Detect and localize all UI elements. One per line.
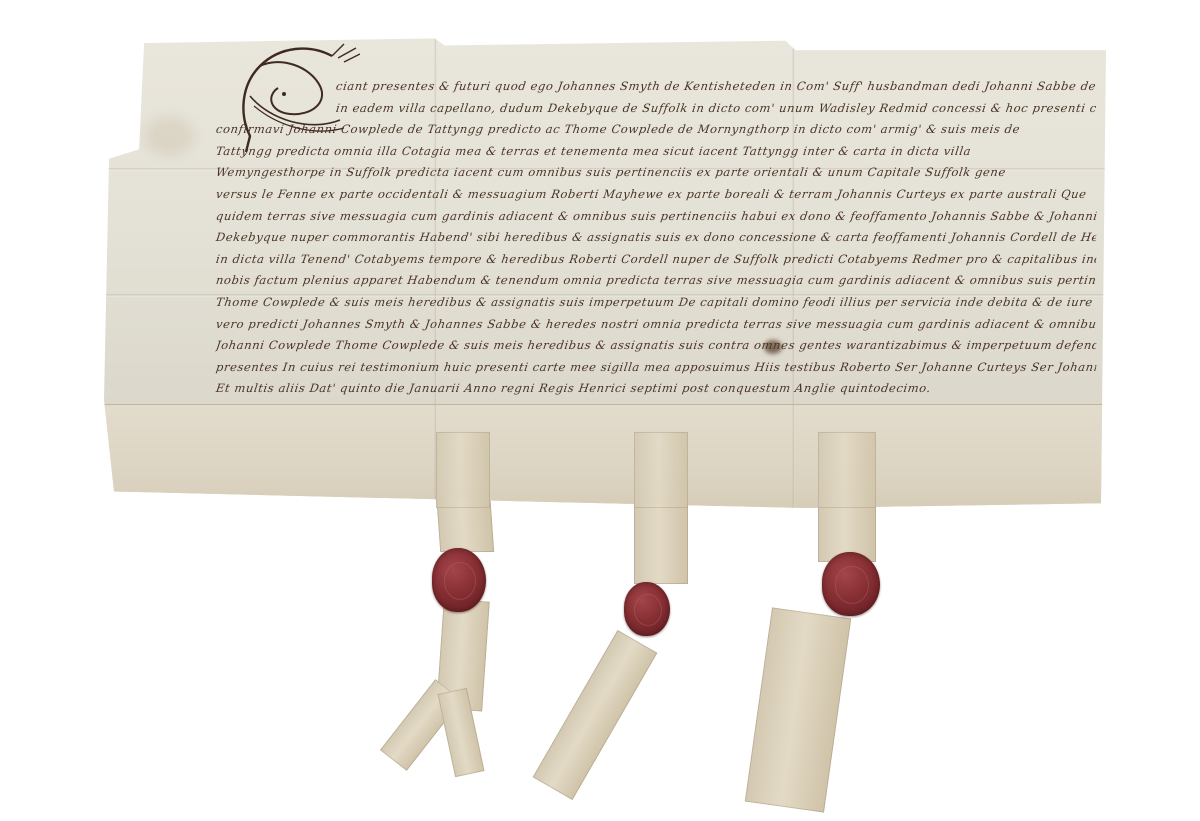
text-line: quidem terras sive messuagia cum gardini… [214, 206, 1097, 228]
fold-line [792, 405, 795, 509]
stain [144, 116, 194, 156]
document-photo: ciant presentes & futuri quod ego Johann… [0, 0, 1200, 821]
seal-tag-2-through-plica [634, 432, 688, 508]
text-line: Thome Cowplede & suis meis heredibus & a… [214, 292, 1097, 314]
text-line: confirmavi Johanni Cowplede de Tattyngg … [214, 119, 1097, 141]
text-line: in eadem villa capellano, dudum Dekebyqu… [214, 98, 1097, 120]
deed-text: ciant presentes & futuri quod ego Johann… [216, 76, 1096, 400]
seal-impression [444, 562, 476, 600]
text-line: Et multis aliis Dat' quinto die Januarii… [214, 378, 1097, 400]
text-line: in dicta villa Tenend' Cotabyems tempore… [214, 249, 1097, 271]
plica-fold [104, 404, 1106, 509]
wax-seal-3 [822, 552, 880, 616]
wax-seal-1 [432, 548, 486, 612]
seal-tag-3-lower [745, 607, 851, 812]
text-line: ciant presentes & futuri quod ego Johann… [214, 76, 1097, 98]
text-line: Tattyngg predicta omnia illa Cotagia mea… [214, 141, 1097, 163]
parchment-sheet: ciant presentes & futuri quod ego Johann… [104, 36, 1106, 508]
text-line: Dekebyque nuper commorantis Habend' sibi… [214, 227, 1097, 249]
text-line: vero predicti Johannes Smyth & Johannes … [214, 314, 1097, 336]
text-line: versus le Fenne ex parte occidentali & m… [214, 184, 1097, 206]
wax-seal-2 [624, 582, 670, 636]
seal-tag-2-lower [533, 630, 658, 800]
seal-tag-1-through-plica [436, 432, 490, 508]
text-line: Johanni Cowplede Thome Cowplede & suis m… [214, 335, 1097, 357]
text-line: presentes In cuius rei testimonium huic … [214, 357, 1097, 379]
seal-impression [835, 566, 869, 604]
seal-impression [634, 594, 662, 626]
seal-tag-3-through-plica [818, 432, 876, 508]
text-line: nobis factum plenius apparet Habendum & … [214, 270, 1097, 292]
text-line: Wemyngesthorpe in Suffolk predicta iacen… [214, 162, 1097, 184]
